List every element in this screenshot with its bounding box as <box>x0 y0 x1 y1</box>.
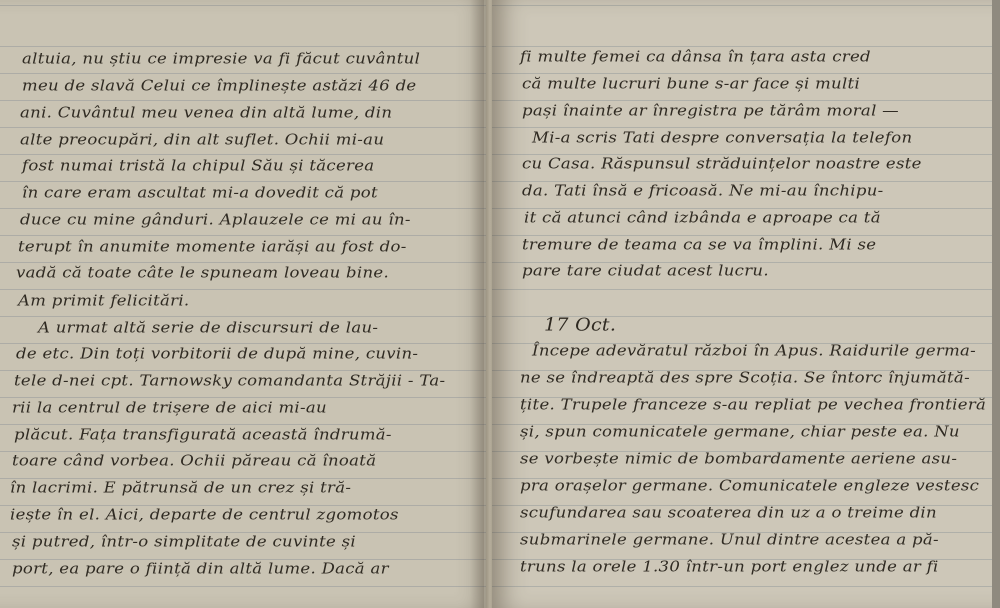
handwritten-line: fost numai tristă la chipul Său și tăcer… <box>22 157 374 174</box>
handwritten-line: altuia, nu știu ce impresie va fi făcut … <box>22 50 420 67</box>
handwritten-line: țite. Trupele franceze s-au repliat pe v… <box>520 396 986 413</box>
handwritten-line: Începe adevăratul război în Apus. Raidur… <box>532 342 976 359</box>
handwritten-line: și putred, într-o simplitate de cuvinte … <box>12 533 356 550</box>
handwritten-line: iește în el. Aici, departe de centrul zg… <box>10 506 399 523</box>
handwritten-line: duce cu mine gânduri. Aplauzele ce mi au… <box>20 211 411 228</box>
handwritten-line: tele d-nei cpt. Tarnowsky comandanta Str… <box>14 372 445 389</box>
handwritten-line: alte preocupări, din alt suflet. Ochii m… <box>20 131 384 148</box>
handwritten-line: it că atunci când izbânda e aproape ca t… <box>524 209 881 226</box>
handwritten-line: port, ea pare o ființă din altă lume. Da… <box>12 560 389 577</box>
handwritten-line: pra orașelor germane. Comunicatele engle… <box>520 477 979 494</box>
handwritten-line: fi multe femei ca dânsa în țara asta cre… <box>520 48 871 65</box>
handwritten-line: că multe lucruri bune s-ar face și multi <box>522 75 860 92</box>
handwritten-line: ne se îndreaptă des spre Scoția. Se înto… <box>520 369 970 386</box>
handwritten-line: de etc. Din toți vorbitorii de după mine… <box>16 345 418 362</box>
handwritten-line: tremure de teama ca se va împlini. Mi se <box>522 236 876 253</box>
handwritten-line: scufundarea sau scoaterea din uz a o tre… <box>520 504 937 521</box>
handwritten-line: terupt în anumite momente iarăși au fost… <box>18 238 407 255</box>
page-curve-shadow <box>470 0 484 608</box>
handwritten-line: pași înainte ar înregistra pe tărâm mora… <box>522 102 899 119</box>
left-page: altuia, nu știu ce impresie va fi făcut … <box>0 0 488 608</box>
handwritten-line: vadă că toate câte le spuneam loveau bin… <box>16 264 389 281</box>
handwritten-line: se vorbește nimic de bombardamente aerie… <box>520 450 957 467</box>
right-page: fi multe femei ca dânsa în țara asta cre… <box>492 0 992 608</box>
handwritten-line: truns la orele 1.30 într-un port englez … <box>520 558 939 575</box>
handwritten-line: cu Casa. Răspunsul străduințelor noastre… <box>522 155 922 172</box>
handwritten-line: rii la centrul de trișere de aici mi-au <box>12 399 327 416</box>
handwritten-line: submarinele germane. Unul dintre acestea… <box>520 531 939 548</box>
handwritten-line: A urmat altă serie de discursuri de lau- <box>38 319 378 336</box>
handwritten-line: meu de slavă Celui ce împlinește astăzi … <box>22 77 417 94</box>
handwritten-line: Mi-a scris Tati despre conversația la te… <box>532 129 912 146</box>
handwritten-line: ani. Cuvântul meu venea din altă lume, d… <box>20 104 392 121</box>
notebook-spread: altuia, nu știu ce impresie va fi făcut … <box>0 0 1000 608</box>
handwritten-line: da. Tati însă e fricoasă. Ne mi-au închi… <box>522 182 884 199</box>
page-edge <box>992 0 1000 608</box>
handwritten-line: în care eram ascultat mi-a dovedit că po… <box>22 184 378 201</box>
handwritten-line: Am primit felicitări. <box>18 292 189 309</box>
handwritten-line: pare tare ciudat acest lucru. <box>522 262 769 279</box>
handwritten-line: plăcut. Fața transfigurată această îndru… <box>14 426 392 443</box>
date-heading: 17 Oct. <box>544 315 616 335</box>
handwritten-line: în lacrimi. E pătrunsă de un crez și tră… <box>10 479 351 496</box>
handwritten-line: toare când vorbea. Ochii păreau că înoat… <box>12 452 376 469</box>
handwritten-line: și, spun comunicatele germane, chiar pes… <box>520 423 960 440</box>
